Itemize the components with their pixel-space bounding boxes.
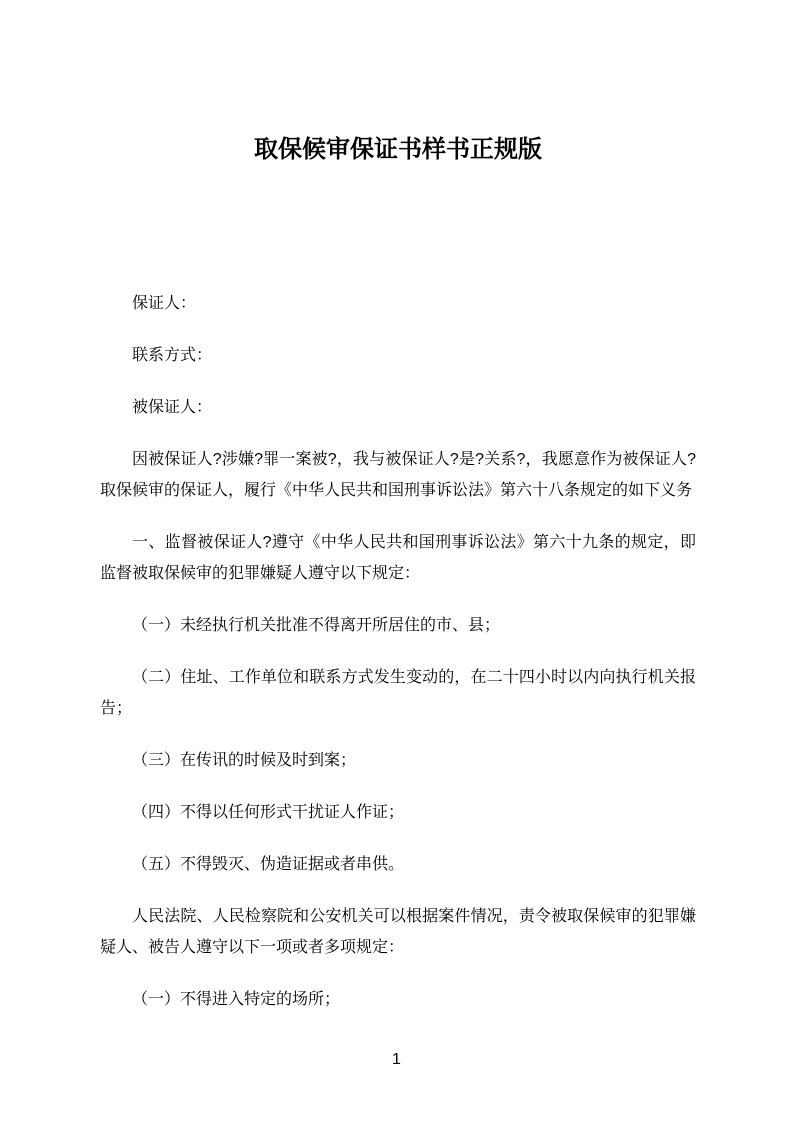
field-contact: 联系方式： [100,340,696,371]
list-item-2: （二）住址、工作单位和联系方式发生变动的，在二十四小时以内向执行机关报告； [100,662,696,724]
list-item-3: （三）在传讯的时候及时到案； [100,745,696,776]
list-item-5: （五）不得毁灭、伪造证据或者串供。 [100,849,696,880]
list-item-4: （四）不得以任何形式干扰证人作证； [100,797,696,828]
paragraph-duty-one: 一、监督被保证人?遵守《中华人民共和国刑事诉讼法》第六十九条的规定，即监督被取保… [100,527,696,589]
list-item-6: （一）不得进入特定的场所； [100,984,696,1015]
page-number: 1 [0,1048,793,1072]
paragraph-intro: 因被保证人?涉嫌?罪一案被?，我与被保证人?是?关系?，我愿意作为被保证人?取保… [100,444,696,506]
field-guarantor: 保证人： [100,288,696,319]
paragraph-court-order: 人民法院、人民检察院和公安机关可以根据案件情况，责令被取保候审的犯罪嫌疑人、被告… [100,901,696,963]
document-title: 取保候审保证书样书正规版 [100,132,696,168]
document-page: 取保候审保证书样书正规版 保证人： 联系方式： 被保证人： 因被保证人?涉嫌?罪… [0,0,793,1122]
list-item-1: （一）未经执行机关批准不得离开所居住的市、县； [100,610,696,641]
field-guaranteed-person: 被保证人： [100,392,696,423]
